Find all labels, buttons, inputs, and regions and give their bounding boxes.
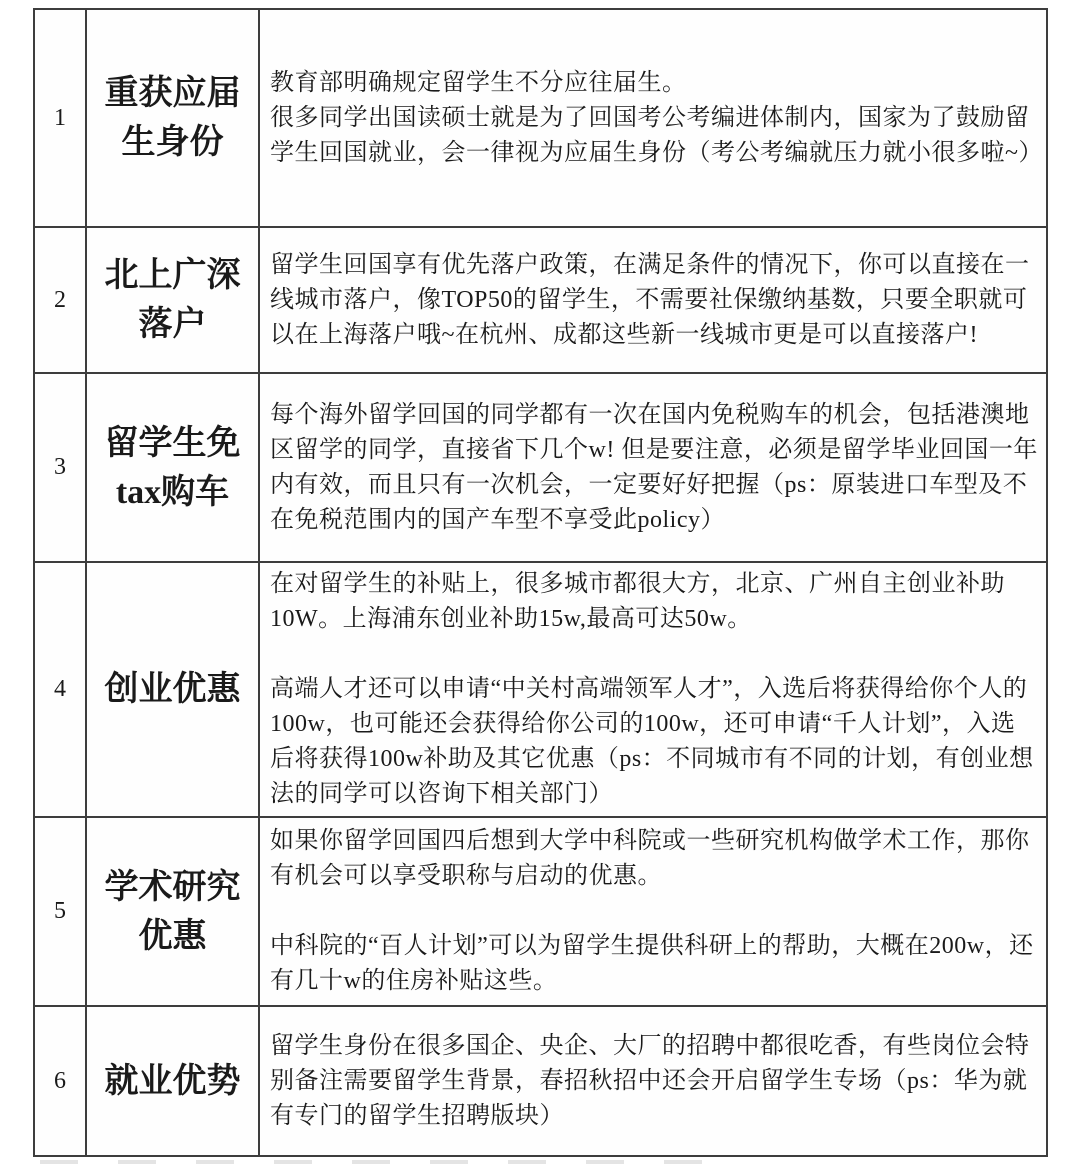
table-row: 6 就业优势 留学生身份在很多国企、央企、大厂的招聘中都很吃香，有些岗位会特别备… <box>35 1007 1046 1155</box>
row-description: 留学生回国享有优先落户政策，在满足条件的情况下，你可以直接在一线城市落户，像TO… <box>260 228 1046 372</box>
table-row: 1 重获应届生身份 教育部明确规定留学生不分应往届生。 很多同学出国读硕士就是为… <box>35 10 1046 228</box>
table-row: 4 创业优惠 在对留学生的补贴上，很多城市都很大方，北京、广州自主创业补助10W… <box>35 563 1046 818</box>
row-description: 教育部明确规定留学生不分应往届生。 很多同学出国读硕士就是为了回国考公考编进体制… <box>260 10 1046 226</box>
description-paragraph: 留学生回国享有优先落户政策，在满足条件的情况下，你可以直接在一线城市落户，像TO… <box>270 248 1038 353</box>
row-title: 北上广深落户 <box>87 228 260 372</box>
row-number: 1 <box>35 10 87 226</box>
row-number: 2 <box>35 228 87 372</box>
row-number: 6 <box>35 1007 87 1155</box>
row-title: 重获应届生身份 <box>87 10 260 226</box>
description-paragraph: 高端人才还可以申请“中关村高端领军人才”，入选后将获得给你个人的100w，也可能… <box>270 672 1038 812</box>
row-number: 5 <box>35 818 87 1005</box>
cropped-next-row-artifact <box>40 1160 720 1164</box>
row-description: 每个海外留学回国的同学都有一次在国内免税购车的机会，包括港澳地区留学的同学，直接… <box>260 374 1046 561</box>
row-number: 4 <box>35 563 87 816</box>
row-number: 3 <box>35 374 87 561</box>
row-description: 如果你留学回国四后想到大学中科院或一些研究机构做学术工作，那你有机会可以享受职称… <box>260 818 1046 1005</box>
description-paragraph: 留学生身份在很多国企、央企、大厂的招聘中都很吃香，有些岗位会特别备注需要留学生背… <box>270 1029 1038 1134</box>
row-title: 留学生免tax购车 <box>87 374 260 561</box>
row-description: 留学生身份在很多国企、央企、大厂的招聘中都很吃香，有些岗位会特别备注需要留学生背… <box>260 1007 1046 1155</box>
description-paragraph: 在对留学生的补贴上，很多城市都很大方，北京、广州自主创业补助10W。上海浦东创业… <box>270 567 1038 637</box>
row-title: 学术研究优惠 <box>87 818 260 1005</box>
row-title: 创业优惠 <box>87 563 260 816</box>
table-row: 5 学术研究优惠 如果你留学回国四后想到大学中科院或一些研究机构做学术工作，那你… <box>35 818 1046 1007</box>
description-paragraph: 中科院的“百人计划”可以为留学生提供科研上的帮助，大概在200w，还有几十w的住… <box>270 929 1038 999</box>
benefits-table: 1 重获应届生身份 教育部明确规定留学生不分应往届生。 很多同学出国读硕士就是为… <box>33 8 1048 1157</box>
table-row: 2 北上广深落户 留学生回国享有优先落户政策，在满足条件的情况下，你可以直接在一… <box>35 228 1046 374</box>
table-row: 3 留学生免tax购车 每个海外留学回国的同学都有一次在国内免税购车的机会，包括… <box>35 374 1046 563</box>
description-paragraph: 教育部明确规定留学生不分应往届生。 <box>270 66 1038 101</box>
description-paragraph: 每个海外留学回国的同学都有一次在国内免税购车的机会，包括港澳地区留学的同学，直接… <box>270 398 1038 538</box>
description-paragraph: 如果你留学回国四后想到大学中科院或一些研究机构做学术工作，那你有机会可以享受职称… <box>270 824 1038 894</box>
row-title: 就业优势 <box>87 1007 260 1155</box>
description-paragraph: 很多同学出国读硕士就是为了回国考公考编进体制内，国家为了鼓励留学生回国就业，会一… <box>270 101 1038 171</box>
row-description: 在对留学生的补贴上，很多城市都很大方，北京、广州自主创业补助10W。上海浦东创业… <box>260 563 1046 816</box>
